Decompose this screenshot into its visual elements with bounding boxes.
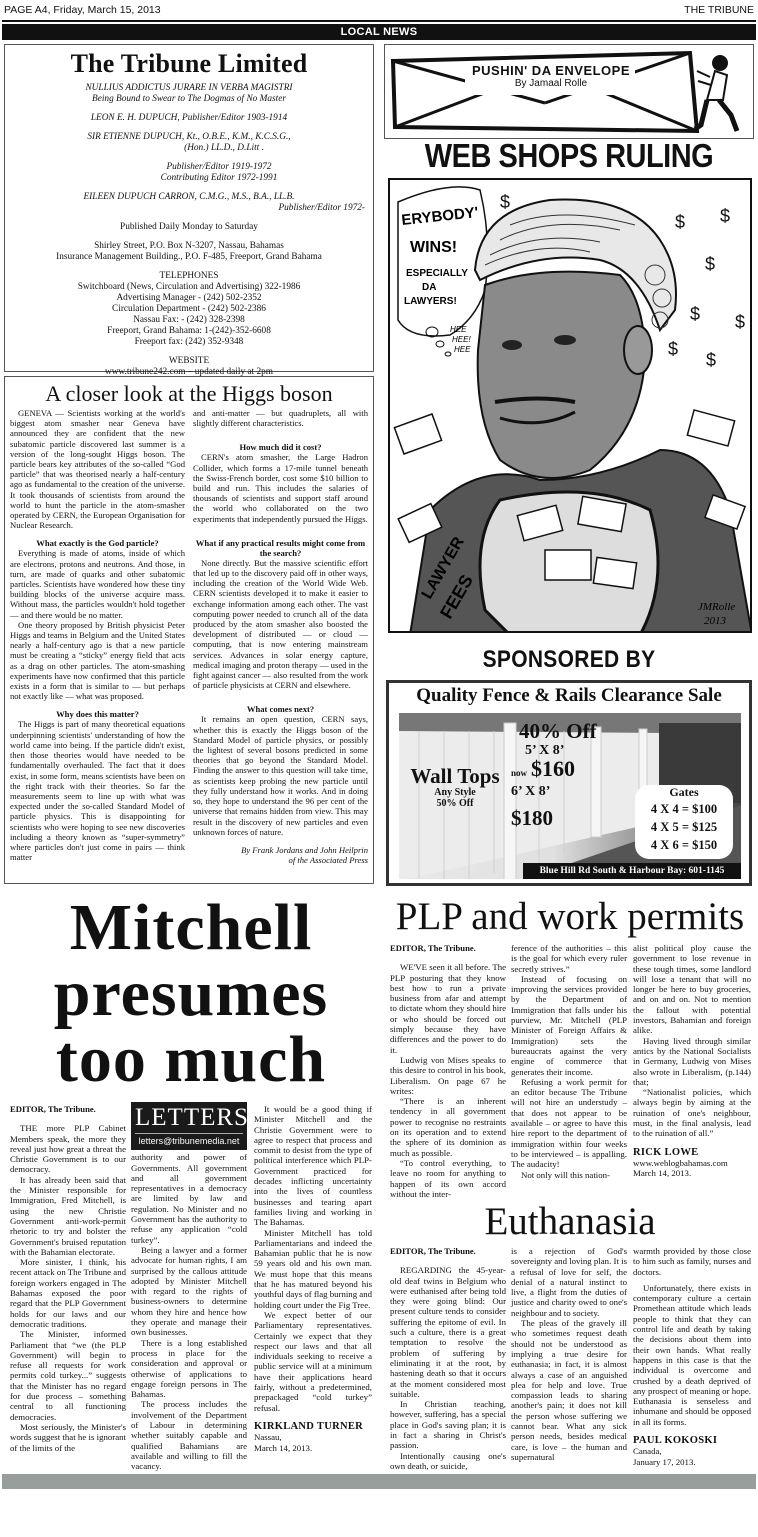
paragraph: authority and power of Governments. All …	[131, 1152, 247, 1245]
mitchell-column-3: It would be a good thing if Minister Mit…	[254, 1104, 372, 1453]
plp-headline: PLP and work permits	[385, 895, 755, 939]
letter-place: Nassau,	[254, 1432, 372, 1442]
paragraph: One theory proposed by British physicist…	[10, 620, 185, 702]
paragraph: Not only will this nation-	[511, 1170, 627, 1180]
paragraph: warmth provided by those close to him su…	[633, 1246, 751, 1277]
page-header: PAGE A4, Friday, March 15, 2013 THE TRIB…	[4, 2, 754, 18]
gates-price-box: Gates 4 X 4 = $100 4 X 5 = $125 4 X 6 = …	[635, 785, 733, 859]
svg-text:DA: DA	[422, 282, 436, 293]
paragraph: It remains an open question, CERN says, …	[193, 714, 368, 836]
euthanasia-headline: Euthanasia	[385, 1200, 755, 1244]
now-label: now	[511, 768, 527, 778]
sponsored-by-label: SPONSORED BY	[384, 646, 754, 674]
paragraph: Instead of focusing on improving the ser…	[511, 974, 627, 1077]
svg-text:$: $	[500, 192, 510, 212]
editor-eileen-1: EILEEN DUPUCH CARRON, C.M.G., M.S., B.A.…	[5, 192, 373, 203]
letter-salutation: EDITOR, The Tribune.	[390, 1246, 506, 1256]
paragraph: Refusing a work permit for an editor bec…	[511, 1077, 627, 1170]
paragraph: We expect better of our Parliamentary re…	[254, 1310, 372, 1413]
letter-place: Canada,	[633, 1446, 751, 1456]
paragraph: “There is an inherent tendency in all go…	[390, 1096, 506, 1158]
svg-text:$: $	[735, 312, 745, 332]
cartoon-byline: By Jamaal Rolle	[471, 78, 631, 89]
paragraph: There is a long established process in p…	[131, 1338, 247, 1400]
subheading: What if any practical results might come…	[193, 538, 368, 558]
fence-photo: Wall Tops Any Style 50% Off 40% Off 5’ X…	[399, 713, 741, 879]
header-rule	[2, 20, 756, 22]
fence-advertisement[interactable]: Quality Fence & Rails Clearance Sale Wal…	[386, 680, 752, 886]
subheading: How much did it cost?	[193, 442, 368, 452]
paragraph: Minister Mitchell has told Parliamentari…	[254, 1228, 372, 1310]
euthanasia-column-3: warmth provided by those close to him su…	[633, 1246, 751, 1467]
section-bar: LOCAL NEWS	[2, 24, 756, 40]
address-freeport: Insurance Management Building., P.O. F-4…	[5, 252, 373, 263]
cartoon-banner: PUSHIN' DA ENVELOPE By Jamaal Rolle	[384, 44, 754, 139]
letter-website-link[interactable]: www.weblogbahamas.com	[633, 1158, 751, 1168]
phone-line: Switchboard (News, Circulation and Adver…	[5, 282, 373, 293]
phone-line: Freeport fax: (242) 352-9348	[5, 337, 373, 348]
phone-line: Nassau Fax: - (242) 328-2398	[5, 315, 373, 326]
paragraph: “To control everything, to leave no room…	[390, 1158, 506, 1199]
editor-eileen-2: Publisher/Editor 1972-	[5, 203, 373, 214]
editor-leon: LEON E. H. DUPUCH, Publisher/Editor 1903…	[5, 113, 373, 124]
paragraph: alist political ploy cause the governmen…	[633, 943, 751, 1036]
gate-price: 4 X 5 = $125	[635, 818, 733, 836]
subheading: What exactly is the God particle?	[10, 538, 185, 548]
published-schedule: Published Daily Monday to Saturday	[5, 222, 373, 233]
ad-location-phone: Blue Hill Rd South & Harbour Bay: 601-11…	[523, 863, 741, 879]
website-heading: WEBSITE	[5, 356, 373, 367]
svg-text:HEE!: HEE!	[452, 335, 471, 344]
paragraph: THE more PLP Cabinet Members speak, the …	[10, 1123, 126, 1174]
paragraph: WE'VE seen it all before. The PLP postur…	[390, 962, 506, 1055]
svg-text:$: $	[720, 206, 730, 226]
plp-column-2: ference of the authorities – this is the…	[511, 943, 627, 1180]
phone-line: Freeport, Grand Bahama: 1-(242)-352-6608	[5, 326, 373, 337]
wall-tops-label: Wall Tops	[403, 765, 507, 787]
letters-email-link[interactable]: letters@tribunemedia.net	[135, 1133, 243, 1146]
higgs-headline: A closer look at the Higgs boson	[10, 382, 368, 406]
letter-date: January 17, 2013.	[633, 1457, 751, 1467]
forty-off-label: 40% Off	[511, 719, 621, 743]
svg-text:ESPECIALLY: ESPECIALLY	[406, 268, 468, 279]
paragraph: REGARDING the 45-year-old deaf twins in …	[390, 1265, 506, 1399]
editor-etienne-3: Publisher/Editor 1919-1972	[5, 162, 373, 173]
paragraph: Being a lawyer and a former advocate for…	[131, 1245, 247, 1338]
euthanasia-column-1: EDITOR, The Tribune. REGARDING the 45-ye…	[390, 1246, 506, 1471]
editorial-cartoon: ERYBODY' WINS! ESPECIALLY DA LAWYERS! HE…	[388, 178, 752, 633]
paragraph: It has already been said that the Minist…	[10, 1175, 126, 1257]
letter-signature: KIRKLAND TURNER	[254, 1422, 372, 1432]
mitchell-headline: Mitchell presumes too much	[6, 895, 376, 1093]
gate-price: 4 X 4 = $100	[635, 800, 733, 818]
svg-text:$: $	[675, 212, 685, 232]
gates-heading: Gates	[635, 785, 733, 800]
paragraph: The Minister, informed Parliament that “…	[10, 1329, 126, 1422]
paragraph: “Nationalist policies, which always begi…	[633, 1087, 751, 1138]
mitchell-column-2: LETTERS letters@tribunemedia.net authori…	[131, 1102, 247, 1472]
wall-tops-offer: Wall Tops Any Style 50% Off	[403, 765, 507, 809]
letter-salutation: EDITOR, The Tribune.	[390, 943, 506, 953]
svg-text:HEE: HEE	[450, 325, 467, 334]
motto-latin: NULLIUS ADDICTUS JURARE IN VERBA MAGISTR…	[5, 83, 373, 94]
panel-offer: 40% Off 5’ X 8’ now $160 6’ X 8’ $180	[511, 719, 621, 833]
svg-text:$: $	[690, 304, 700, 324]
masthead-box: The Tribune Limited NULLIUS ADDICTUS JUR…	[4, 44, 374, 372]
article-column: GENEVA — Scientists working at the world…	[10, 408, 185, 865]
paragraph: and anti-matter — but quadruplets, all w…	[193, 408, 368, 428]
letter-signature: PAUL KOKOSKI	[633, 1436, 751, 1446]
ad-title: Quality Fence & Rails Clearance Sale	[389, 683, 749, 709]
svg-text:2013: 2013	[704, 615, 727, 627]
byline: By Frank Jordans and John Heilprin of th…	[193, 845, 368, 865]
letter-signature: RICK LOWE	[633, 1148, 751, 1158]
phone-line: Circulation Department - (242) 502-2386	[5, 304, 373, 315]
svg-text:WINS!: WINS!	[410, 239, 457, 256]
paragraph: Having lived through similar antics by t…	[633, 1036, 751, 1087]
mitchell-column-1: EDITOR, The Tribune. THE more PLP Cabine…	[10, 1104, 126, 1453]
paragraph: Intentionally causing one's own death, o…	[390, 1451, 506, 1472]
euthanasia-column-2: is a rejection of God's sovereignty and …	[511, 1246, 627, 1462]
svg-text:$: $	[668, 339, 678, 359]
envelope-icon	[385, 45, 753, 138]
publication-name: THE TRIBUNE	[684, 4, 754, 16]
plp-column-1: EDITOR, The Tribune. WE'VE seen it all b…	[390, 943, 506, 1199]
higgs-article: A closer look at the Higgs boson GENEVA …	[4, 376, 374, 884]
subheading: Why does this matter?	[10, 709, 185, 719]
fifty-off-label: 50% Off	[403, 798, 507, 809]
gate-price: 4 X 6 = $150	[635, 836, 733, 854]
svg-text:LAWYERS!: LAWYERS!	[404, 296, 457, 307]
paragraph: GENEVA — Scientists working at the world…	[10, 408, 185, 530]
paragraph: ference of the authorities – this is the…	[511, 943, 627, 974]
footer-bar	[2, 1474, 756, 1489]
paragraph: None directly. But the massive scientifi…	[193, 558, 368, 691]
subheading: What comes next?	[193, 704, 368, 714]
editor-etienne-2: (Hon.) LL.D., D.Litt .	[5, 143, 373, 154]
editor-etienne-4: Contributing Editor 1972-1991	[5, 173, 373, 184]
page-info: PAGE A4, Friday, March 15, 2013	[4, 4, 161, 16]
letters-label: LETTERS	[135, 1105, 243, 1131]
motto-english: Being Bound to Swear to The Dogmas of No…	[5, 94, 373, 105]
paragraph: Most seriously, the Minister's words sug…	[10, 1422, 126, 1453]
paragraph: Unfortunately, there exists in contempor…	[633, 1283, 751, 1427]
price-5x8: $160	[531, 756, 575, 781]
paragraph: The Higgs is part of many theoretical eq…	[10, 719, 185, 862]
masthead-title: The Tribune Limited	[5, 49, 373, 79]
editor-etienne-1: SIR ETIENNE DUPUCH, Kt., O.B.E., K.M., K…	[5, 132, 373, 143]
letter-date: March 14, 2013.	[254, 1443, 372, 1453]
letters-badge: LETTERS letters@tribunemedia.net	[131, 1102, 247, 1150]
lawyer-caricature-illustration: ERYBODY' WINS! ESPECIALLY DA LAWYERS! HE…	[390, 180, 752, 633]
byline-authors: By Frank Jordans and John Heilprin	[193, 845, 368, 855]
letter-date: March 14, 2013.	[633, 1168, 751, 1178]
svg-text:$: $	[705, 254, 715, 274]
paragraph: More sinister, I think, his recent attac…	[10, 1257, 126, 1329]
size-6x8: 6’ X 8’	[511, 784, 621, 799]
paragraph: Ludwig von Mises speaks to this desire t…	[390, 1055, 506, 1096]
paragraph: CERN's atom smasher, the Large Hadron Co…	[193, 452, 368, 523]
plp-column-3: alist political ploy cause the governmen…	[633, 943, 751, 1179]
svg-text:HEE: HEE	[454, 345, 471, 354]
paragraph: The pleas of the gravely ill who sometim…	[511, 1318, 627, 1462]
phone-line: Advertising Manager - (242) 502-2352	[5, 293, 373, 304]
byline-agency: of the Associated Press	[193, 855, 368, 865]
letter-salutation: EDITOR, The Tribune.	[10, 1104, 126, 1114]
paragraph: Everything is made of atoms, inside of w…	[10, 548, 185, 619]
svg-text:$: $	[706, 350, 716, 370]
paragraph: The process includes the involvement of …	[131, 1399, 247, 1471]
price-6x8: $180	[511, 799, 621, 833]
cartoon-banner-title: PUSHIN' DA ENVELOPE	[471, 63, 631, 78]
paragraph: It would be a good thing if Minister Mit…	[254, 1104, 372, 1228]
artist-signature: JMRolle	[698, 601, 735, 613]
headline-line: presumes	[6, 961, 376, 1027]
article-column: and anti-matter — but quadruplets, all w…	[193, 408, 368, 865]
any-style-label: Any Style	[403, 787, 507, 798]
telephones-heading: TELEPHONES	[5, 271, 373, 282]
headline-line: Mitchell	[6, 895, 376, 961]
paragraph: In Christian teaching, however, sufferin…	[390, 1399, 506, 1450]
address-nassau: Shirley Street, P.O. Box N-3207, Nassau,…	[5, 241, 373, 252]
headline-line: too much	[6, 1027, 376, 1093]
paragraph: is a rejection of God's sovereignty and …	[511, 1246, 627, 1318]
